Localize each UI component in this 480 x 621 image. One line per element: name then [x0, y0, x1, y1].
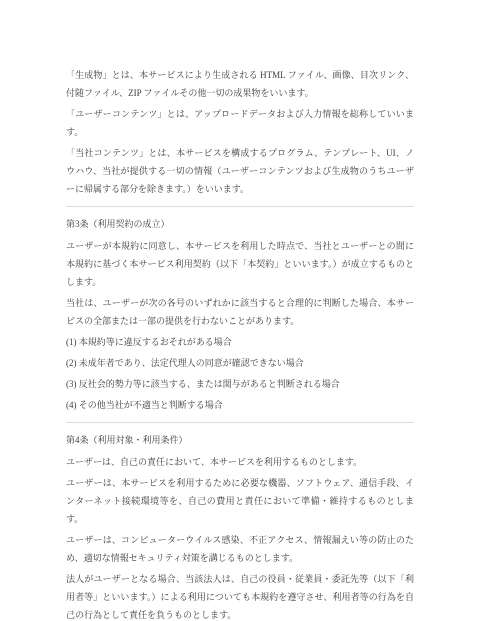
article-3-clause-item-1: (1) 本規約等に違反するおそれがある場合	[66, 333, 414, 351]
article-4-section: 第4条（利用対象・利用条件） ユーザーは、自己の責任において、本サービスを利用す…	[66, 431, 414, 621]
definition-paragraph-seiseibutsu: 「生成物」とは、本サービスにより生成される HTML ファイル、画像、目次リンク…	[66, 66, 414, 102]
terms-document-page: 「生成物」とは、本サービスにより生成される HTML ファイル、画像、目次リンク…	[0, 0, 480, 621]
article-4-paragraph: 法人がユーザーとなる場合、当該法人は、自己の役員・従業員・委託先等（以下「利用者…	[66, 570, 414, 621]
article-3-heading: 第3条（利用契約の成立）	[66, 215, 414, 233]
article-3-clause-item-3: (3) 反社会的勢力等に該当する、または関与があると判断される場合	[66, 375, 414, 393]
article-3-paragraph: ユーザーが本規約に同意し、本サービスを利用した時点で、当社とユーザーとの間に本規…	[66, 237, 414, 291]
article-4-paragraph: ユーザーは、自己の責任において、本サービスを利用するものとします。	[66, 453, 414, 471]
article-4-paragraph: ユーザーは、本サービスを利用するために必要な機器、ソフトウェア、通信手段、インタ…	[66, 474, 414, 528]
article-3-clause-item-4: (4) その他当社が不適当と判断する場合	[66, 396, 414, 414]
article-4-paragraph: ユーザーは、コンピューターウイルス感染、不正アクセス、情報漏えい等の防止のため、…	[66, 531, 414, 567]
article-3-clause-item-2: (2) 未成年者であり、法定代理人の同意が確認できない場合	[66, 354, 414, 372]
definition-paragraph-company-content: 「当社コンテンツ」とは、本サービスを構成するプログラム、テンプレート、UI、ノウ…	[66, 144, 414, 198]
article-4-heading: 第4条（利用対象・利用条件）	[66, 431, 414, 449]
section-divider	[66, 206, 414, 207]
article-3-paragraph: 当社は、ユーザーが次の各号のいずれかに該当すると合理的に判断した場合、本サービス…	[66, 294, 414, 330]
definition-paragraph-user-content: 「ユーザーコンテンツ」とは、アップロードデータおよび入力情報を総称していいます。	[66, 105, 414, 141]
article-3-section: 第3条（利用契約の成立） ユーザーが本規約に同意し、本サービスを利用した時点で、…	[66, 215, 414, 414]
section-divider	[66, 422, 414, 423]
definitions-section: 「生成物」とは、本サービスにより生成される HTML ファイル、画像、目次リンク…	[66, 66, 414, 198]
